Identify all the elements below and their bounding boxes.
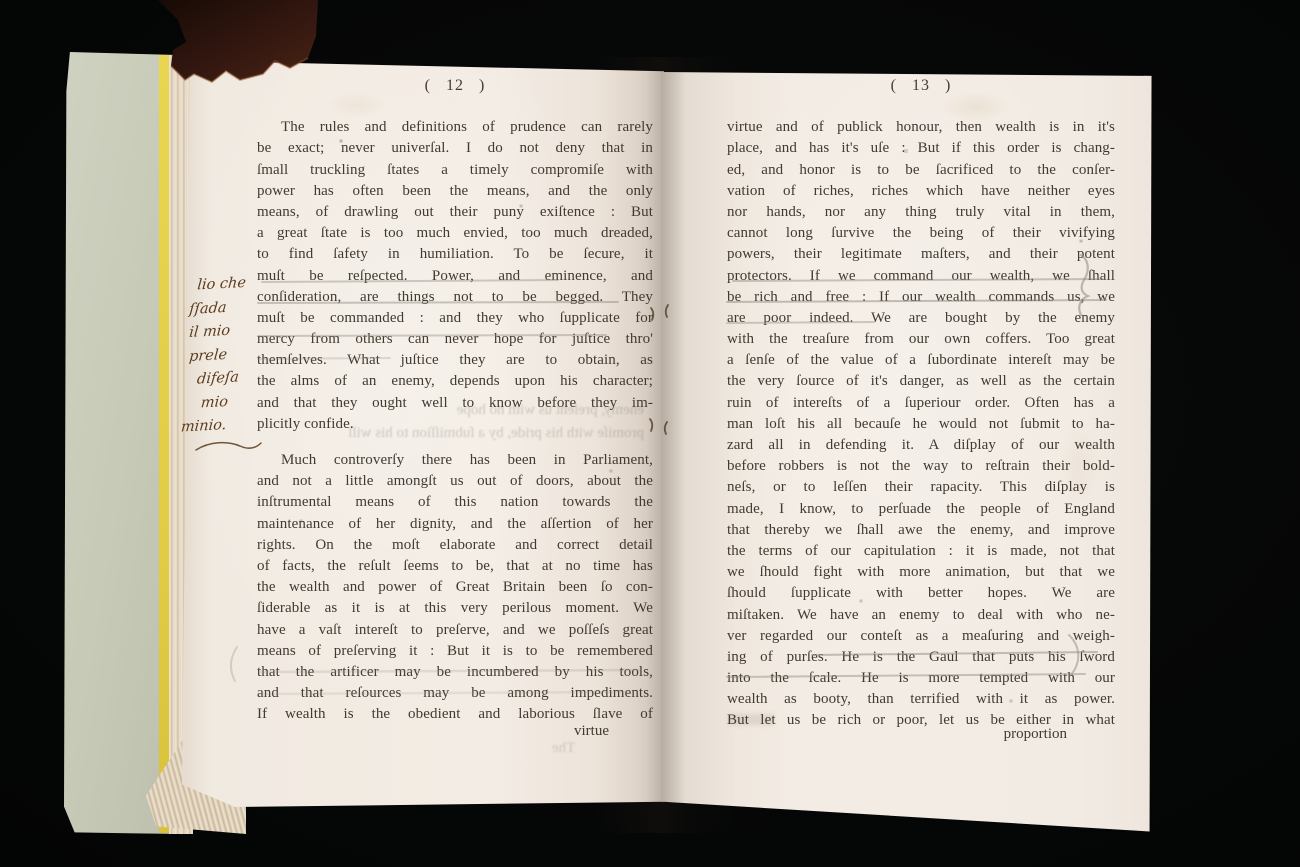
text-line: the very ſource of it's danger, as well …: [727, 371, 1115, 392]
text-line: powers, their legitimate maſters, and th…: [727, 244, 1115, 265]
text-line: muſt be commanded : and they who ſupplic…: [257, 308, 653, 329]
text-line: have a vaſt intereſt to preſerve, and we…: [257, 620, 653, 641]
text-line: that the artificer may be incumbered by …: [257, 662, 653, 683]
text-line: of facts, the reſult ſeems to be, that a…: [257, 556, 653, 577]
text-line: power has often been the means, and the …: [257, 181, 653, 202]
text-line: that thereby we ſhall awe the enemy, and…: [727, 520, 1115, 541]
text-line: man loſt his all becauſe he would not ſu…: [727, 414, 1115, 435]
text-line: be rich and free : If our wealth command…: [727, 287, 1115, 308]
page-13-paragraph-1: virtue and of publick honour, then wealt…: [727, 117, 1115, 731]
text-line: ed, and honor is to be ſacrificed to the…: [727, 160, 1115, 181]
text-line: place, and has it's uſe : But if this or…: [727, 138, 1115, 159]
text-line: ing of purſes. He is the Gaul that puts …: [727, 647, 1115, 668]
text-line: themſelves. What juſtice they are to obt…: [257, 350, 653, 371]
text-line: inſtrumental means of this nation toward…: [257, 492, 653, 513]
text-line: zard all in defending it. A diſplay of o…: [727, 435, 1115, 456]
dust-specks: [0, 0, 2, 2]
text-line: a ſenſe of the value of a ſubordinate in…: [727, 350, 1115, 371]
text-line: be exact; never univerſal. I do not deny…: [257, 138, 653, 159]
page-13-text-block: ( 13 ) virtue and of publick honour, the…: [727, 75, 1115, 732]
text-line: means, of drawling out their puny exiſte…: [257, 202, 653, 223]
text-line: minio.: [180, 412, 264, 440]
text-line: muſt be reſpected. Power, and eminence, …: [257, 266, 653, 287]
text-line: miſtaken. We have an enemy to deal with …: [727, 605, 1115, 626]
text-line: ſiderable as it is at this very perilous…: [257, 598, 653, 619]
text-line: ver regarded our conteſt as a meaſuring …: [727, 626, 1115, 647]
text-line: the alms of an enemy, depends upon his c…: [257, 371, 653, 392]
text-line: to find ſafety in humiliation. To be ſec…: [257, 244, 653, 265]
book-photo: enemy, preſent us with no hopepromiſe wi…: [0, 0, 1300, 867]
text-line: a great ſtate is too much envied, too mu…: [257, 223, 653, 244]
text-line: virtue and of publick honour, then wealt…: [727, 117, 1115, 138]
bookmark-clip: [128, 0, 328, 112]
text-line: made, I know, to perſuade the people of …: [727, 499, 1115, 520]
text-line: ſhould ſupplicate with better hopes. We …: [727, 583, 1115, 604]
page-13-number: ( 13 ): [727, 75, 1115, 96]
text-line: neſs, or to leſſen their rapacity. This …: [727, 477, 1115, 498]
text-line: plicitly confide.: [257, 414, 653, 435]
text-line: conſideration, are things not to be begg…: [257, 287, 653, 308]
text-line: the wealth and power of Great Britain be…: [257, 577, 653, 598]
text-line: nor hands, nor any thing truly vital in …: [727, 202, 1115, 223]
text-line: mio: [200, 388, 266, 415]
page-12-text-block: ( 12 ) The rules and definitions of prud…: [257, 75, 653, 725]
page-12-catchword: virtue: [257, 723, 609, 740]
page-12-paragraph-2: Much controverſy there has been in Parli…: [257, 450, 653, 725]
page-13-catchword: proportion: [727, 726, 1067, 743]
text-line: wealth as booty, than terrified with it …: [727, 689, 1115, 710]
text-line: ruin of intereſts of a ſuperiour order. …: [727, 393, 1115, 414]
page-12-paragraph-1: The rules and definitions of prudence ca…: [257, 117, 653, 435]
text-line: before robbers is not the way to reſtrai…: [727, 456, 1115, 477]
text-line: maintenance of her dignity, and the aſſe…: [257, 514, 653, 535]
text-line: into the ſcale. He is more tempted with …: [727, 668, 1115, 689]
text-line: mercy from others can never hope for juſ…: [257, 329, 653, 350]
text-line: The rules and definitions of prudence ca…: [257, 117, 653, 138]
text-line: protectors. If we command our wealth, we…: [727, 266, 1115, 287]
text-line: and that they ought well to know before …: [257, 393, 653, 414]
text-line: Much controverſy there has been in Parli…: [257, 450, 653, 471]
text-line: and not a little amongſt us out of doors…: [257, 471, 653, 492]
text-line: means of preſerving it : But it is to be…: [257, 641, 653, 662]
text-line: rights. On the moſt elaborate and correc…: [257, 535, 653, 556]
bleedthrough-catchword: The: [552, 740, 575, 757]
text-line: the terms of our capitulation : it is ma…: [727, 541, 1115, 562]
text-line: ſmall truckling ſtates a timely compromi…: [257, 160, 653, 181]
text-line: with the treaſure from our own coffers. …: [727, 329, 1115, 350]
text-line: cannot long ſurvive the being of their v…: [727, 223, 1115, 244]
text-line: we ſhould fight with more animation, but…: [727, 562, 1115, 583]
text-line: and that reſources may be among impedime…: [257, 683, 653, 704]
bookmark-shape: [158, 0, 318, 82]
text-line: are poor indeed. We are bought by the en…: [727, 308, 1115, 329]
text-line: vation of riches, riches which have neit…: [727, 181, 1115, 202]
marginalia-handwriting: lio cheſſadail miopreledifeſamiominio.: [176, 270, 276, 440]
